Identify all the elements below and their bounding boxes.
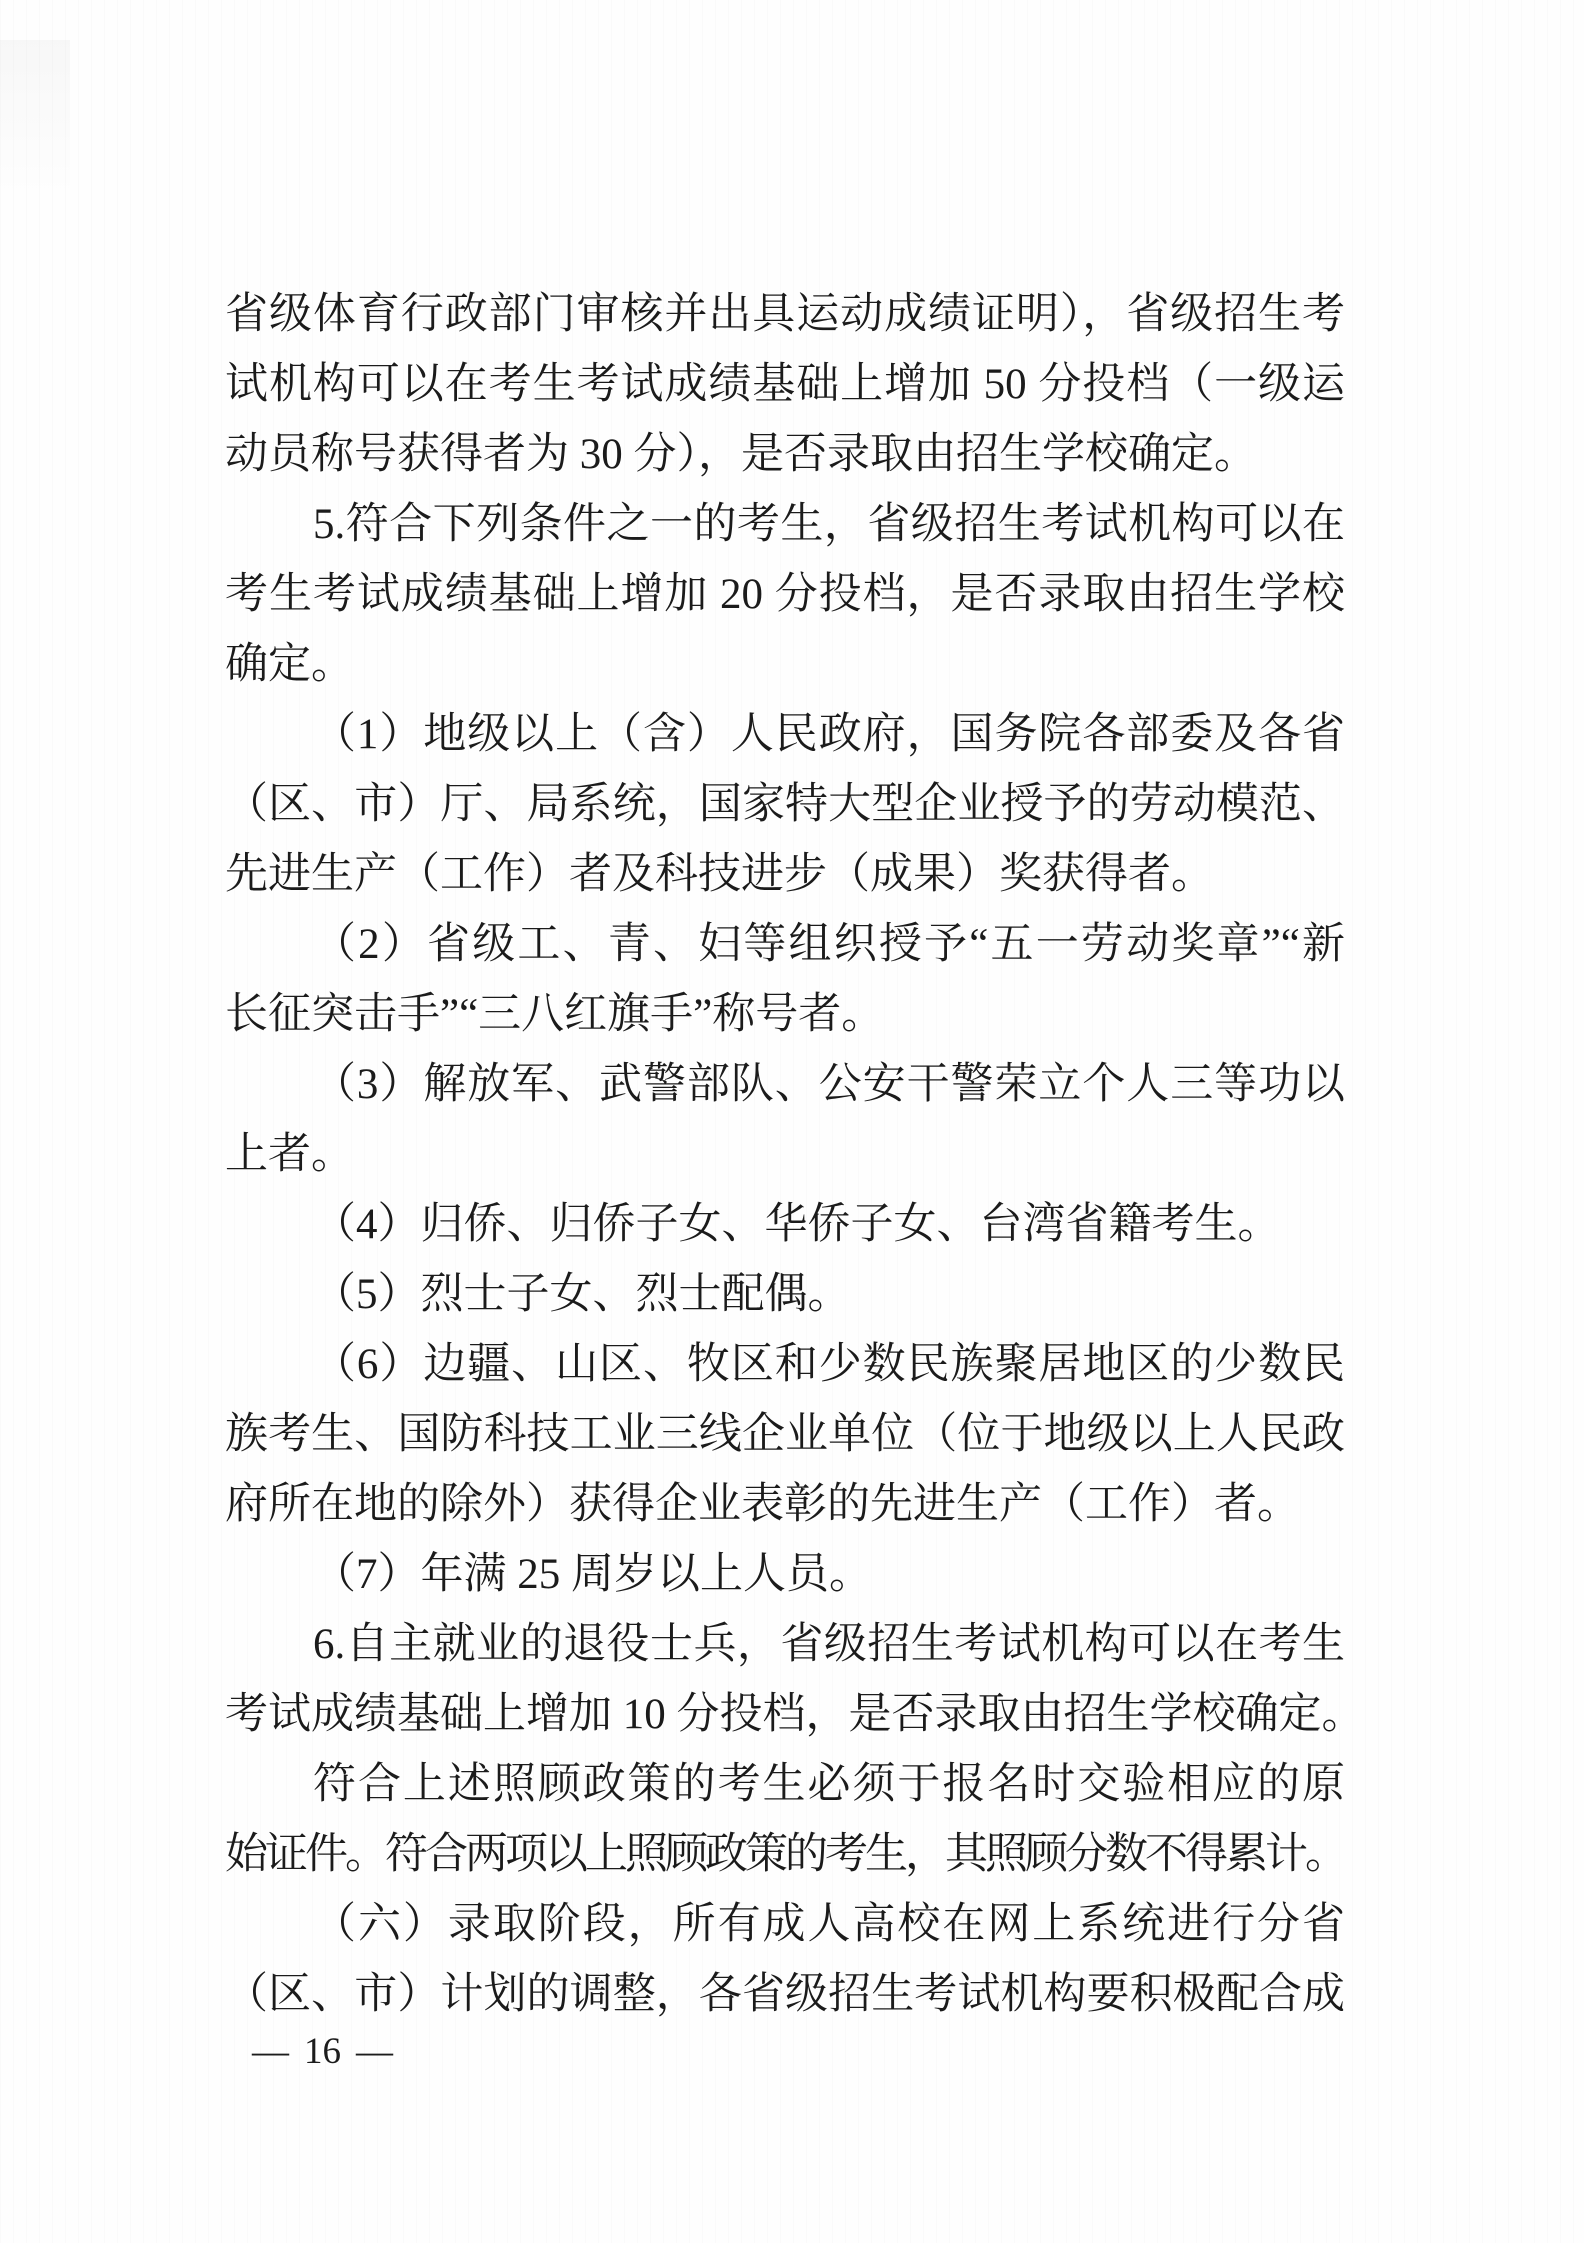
scan-smudge [0, 40, 70, 200]
text-line: 长征突击手”“三八红旗手”称号者。 [225, 980, 1345, 1050]
text-line: （6）边疆、山区、牧区和少数民族聚居地区的少数民 [225, 1330, 1345, 1400]
text-line: 确定。 [225, 630, 1345, 700]
text-line: 试机构可以在考生考试成绩基础上增加 50 分投档（一级运 [225, 350, 1345, 420]
text-line: （1）地级以上（含）人民政府，国务院各部委及各省 [225, 700, 1345, 770]
text-line: （3）解放军、武警部队、公安干警荣立个人三等功以 [225, 1050, 1345, 1120]
text-line: （7）年满 25 周岁以上人员。 [225, 1540, 1345, 1610]
text-line: 符合上述照顾政策的考生必须于报名时交验相应的原 [225, 1750, 1345, 1820]
text-line: 族考生、国防科技工业三线企业单位（位于地级以上人民政 [225, 1400, 1345, 1470]
text-line: （2）省级工、青、妇等组织授予“五一劳动奖章”“新 [225, 910, 1345, 980]
text-line: 考生考试成绩基础上增加 20 分投档，是否录取由招生学校 [225, 560, 1345, 630]
page-number-footer: —16— [252, 2030, 393, 2074]
document-body: 省级体育行政部门审核并出具运动成绩证明），省级招生考 试机构可以在考生考试成绩基… [225, 280, 1345, 2030]
text-line: 上者。 [225, 1120, 1345, 1190]
text-line: （区、市）计划的调整，各省级招生考试机构要积极配合成 [225, 1960, 1345, 2030]
text-line: 5.符合下列条件之一的考生，省级招生考试机构可以在 [225, 490, 1345, 560]
footer-right-dash: — [356, 2031, 393, 2072]
text-line: （区、市）厅、局系统，国家特大型企业授予的劳动模范、 [225, 770, 1345, 840]
text-line: 府所在地的除外）获得企业表彰的先进生产（工作）者。 [225, 1470, 1345, 1540]
text-line: 省级体育行政部门审核并出具运动成绩证明），省级招生考 [225, 280, 1345, 350]
text-line: 先进生产（工作）者及科技进步（成果）奖获得者。 [225, 840, 1345, 910]
text-line: （六）录取阶段，所有成人高校在网上系统进行分省 [225, 1890, 1345, 1960]
text-line: 考试成绩基础上增加 10 分投档，是否录取由招生学校确定。 [225, 1680, 1345, 1750]
text-line: （5）烈士子女、烈士配偶。 [225, 1260, 1345, 1330]
document-page: 省级体育行政部门审核并出具运动成绩证明），省级招生考 试机构可以在考生考试成绩基… [0, 0, 1584, 2243]
text-line: 6.自主就业的退役士兵，省级招生考试机构可以在考生 [225, 1610, 1345, 1680]
page-number: 16 [304, 2031, 341, 2072]
text-line: 动员称号获得者为 30 分），是否录取由招生学校确定。 [225, 420, 1345, 490]
footer-left-dash: — [252, 2031, 289, 2072]
text-line: 始证件。符合两项以上照顾政策的考生，其照顾分数不得累计。 [225, 1820, 1345, 1890]
text-line: （4）归侨、归侨子女、华侨子女、台湾省籍考生。 [225, 1190, 1345, 1260]
